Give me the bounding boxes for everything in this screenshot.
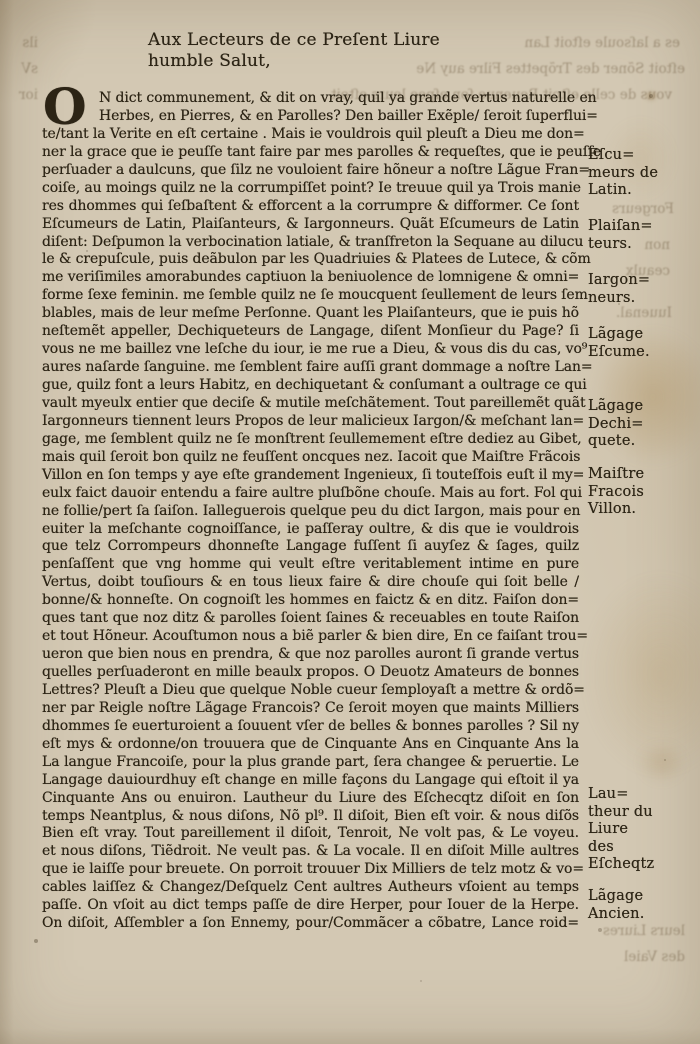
- body-line: eſt mys & ordonne/on trouuera que de Cin…: [42, 736, 579, 754]
- body-line: bonne/& honneſte. On cognoiſt les hommes…: [42, 592, 579, 610]
- margin-notes: Eſcu=meurs deLatin.Plaiſan=teurs.Iargon=…: [588, 0, 696, 1044]
- margin-note-line: Ancien.: [588, 906, 696, 924]
- body-text: N dict communement, & dit on vray, quil …: [42, 90, 579, 933]
- margin-note-line: Eſcheqtz: [588, 856, 696, 874]
- page-heading: Aux Lecteurs de ce Preſent Liure humble …: [148, 30, 440, 72]
- margin-note: Eſcu=meurs deLatin.: [588, 147, 696, 200]
- body-line: Villon en ſon temps y aye eſte grandemen…: [42, 467, 579, 485]
- body-line: blables, mais de leur meſme Perſonne. Qu…: [42, 305, 579, 323]
- body-line: le & crepuſcule, puis deãbulon par les Q…: [42, 251, 579, 269]
- body-line: et nous diſons, Tiẽdroit. Ne veult pas. …: [42, 843, 579, 861]
- body-line: ne follie/pert ſa ſaiſon. Ialleguerois q…: [42, 503, 579, 521]
- margin-note-line: Eſcu=: [588, 147, 696, 165]
- margin-note-line: Maiſtre: [588, 466, 696, 484]
- heading-line-2: humble Salut,: [148, 51, 440, 72]
- margin-note-line: theur du: [588, 804, 696, 822]
- body-line: ner la grace que ie peuſſe tant faire pa…: [42, 144, 579, 162]
- body-line: mais quil ſeroit bon quilz ne feuſſent o…: [42, 449, 579, 467]
- body-line: neſtemẽt appeller, Dechiqueteurs de Lang…: [42, 323, 579, 341]
- margin-note-line: Villon.: [588, 501, 696, 519]
- body-line: que telz Corrompeurs dhonneſte Langage f…: [42, 538, 579, 556]
- body-line: Langage dauiourdhuy eſt change en mille …: [42, 772, 579, 790]
- paper-speckles: [0, 0, 2, 2]
- body-line: ueron que bien nous en prendra, & que no…: [42, 646, 579, 664]
- body-line: Herbes, en Pierres, & en Parolles? Den b…: [42, 108, 579, 126]
- margin-note-line: Fracois: [588, 484, 696, 502]
- body-line: aures naſarde ſanguine. me ſemblent fair…: [42, 359, 579, 377]
- margin-note-line: teurs.: [588, 236, 696, 254]
- body-line: dhommes ſe euerturoient a ſouuent vſer d…: [42, 718, 579, 736]
- margin-note: Iargon=neurs.: [588, 272, 696, 307]
- body-line: gue, quilz font a leurs Habitz, en dechi…: [42, 377, 579, 395]
- margin-note: Plaiſan=teurs.: [588, 218, 696, 253]
- body-line: cables laiſſez & Changez/Deſquelz Cent a…: [42, 879, 579, 897]
- margin-note-line: Iargon=: [588, 272, 696, 290]
- body-line: res dhommes qui ſeſbaſtent & efforcent a…: [42, 198, 579, 216]
- body-line: que ie laiſſe pour breuete. On porroit t…: [42, 861, 579, 879]
- body-line: Cinquante Ans ou enuiron. Lautheur du Li…: [42, 790, 579, 808]
- body-line: diſent: Deſpumon la verbocination latial…: [42, 234, 579, 252]
- body-line: euiter la meſchante cognoiſſance, ie paſ…: [42, 521, 579, 539]
- margin-note: MaiſtreFracoisVillon.: [588, 466, 696, 519]
- body-line: ner par Reigle noſtre Lãgage Francois? C…: [42, 700, 579, 718]
- bleedthrough-fragment: ilssVior: [12, 30, 38, 108]
- body-line: me veriſimiles amorabundes captiuon la b…: [42, 269, 579, 287]
- margin-note-line: Lau=: [588, 786, 696, 804]
- margin-note: LãgageDechi=quete.: [588, 398, 696, 451]
- margin-note-line: Latin.: [588, 182, 696, 200]
- margin-note-line: Eſcume.: [588, 344, 696, 362]
- margin-note-line: Lãgage: [588, 888, 696, 906]
- margin-note: LãgageEſcume.: [588, 326, 696, 361]
- body-line: La langue Francoiſe, pour la plus grande…: [42, 754, 579, 772]
- body-line: quelles perſuaderont en mille beaulx pro…: [42, 664, 579, 682]
- body-line: eulx faict dauoir entendu a faire aultre…: [42, 485, 579, 503]
- margin-note: LãgageAncien.: [588, 888, 696, 923]
- body-line: forme ſexe feminin. me ſemble quilz ne ſ…: [42, 287, 579, 305]
- body-line: Vertus, doibt touſiours & en tous lieux …: [42, 574, 579, 592]
- margin-note: Lau=theur duLiuredesEſcheqtz: [588, 786, 696, 874]
- heading-line-1: Aux Lecteurs de ce Preſent Liure: [148, 30, 440, 51]
- body-line: et tout Hõneur. Acouſtumon nous a biẽ pa…: [42, 628, 579, 646]
- body-line: Iargonneurs tiennent leurs Propos de leu…: [42, 413, 579, 431]
- margin-note-line: meurs de: [588, 165, 696, 183]
- body-line: vous ne me baillez vne leſche du iour, i…: [42, 341, 579, 359]
- body-line: vault myeulx entier que deciſe & mutile …: [42, 395, 579, 413]
- margin-note-line: neurs.: [588, 290, 696, 308]
- margin-note-line: Lãgage: [588, 398, 696, 416]
- body-line: gage, me ſemblent quilz ne ſe monſtrent …: [42, 431, 579, 449]
- body-line: paſſe. On vſoit au dict temps paſſe de d…: [42, 897, 579, 915]
- margin-note-line: Plaiſan=: [588, 218, 696, 236]
- body-line: Eſcumeurs de Latin, Plaiſanteurs, & Iarg…: [42, 216, 579, 234]
- margin-note-line: Liure: [588, 821, 696, 839]
- body-line: temps Neantplus, & nous diſons, Nõ pl⁹. …: [42, 808, 579, 826]
- body-line: Bien eſt vray. Tout pareillement il diſo…: [42, 825, 579, 843]
- margin-note-line: Dechi=: [588, 416, 696, 434]
- body-line: On diſoit, Aſſembler a ſon Ennemy, pour/…: [42, 915, 579, 933]
- body-line: Lettres? Pleuſt a Dieu que quelque Noble…: [42, 682, 579, 700]
- body-line: perſuader a daulcuns, que ſilz ne vouloi…: [42, 162, 579, 180]
- body-line: ques tant que noz ditz & parolles ſoient…: [42, 610, 579, 628]
- book-page-scan: es a laſsoule eſtoit Laneſtoit Sõner des…: [0, 0, 700, 1044]
- margin-note-line: quete.: [588, 433, 696, 451]
- body-line: coiſe, au moings quilz ne la corrumpiſſe…: [42, 180, 579, 198]
- margin-note-line: Lãgage: [588, 326, 696, 344]
- margin-note-line: des: [588, 839, 696, 857]
- body-line: penſaſſent que vng homme qui veult eſtre…: [42, 556, 579, 574]
- body-line: te/tant la Verite en eſt certaine . Mais…: [42, 126, 579, 144]
- body-line: N dict communement, & dit on vray, quil …: [42, 90, 579, 108]
